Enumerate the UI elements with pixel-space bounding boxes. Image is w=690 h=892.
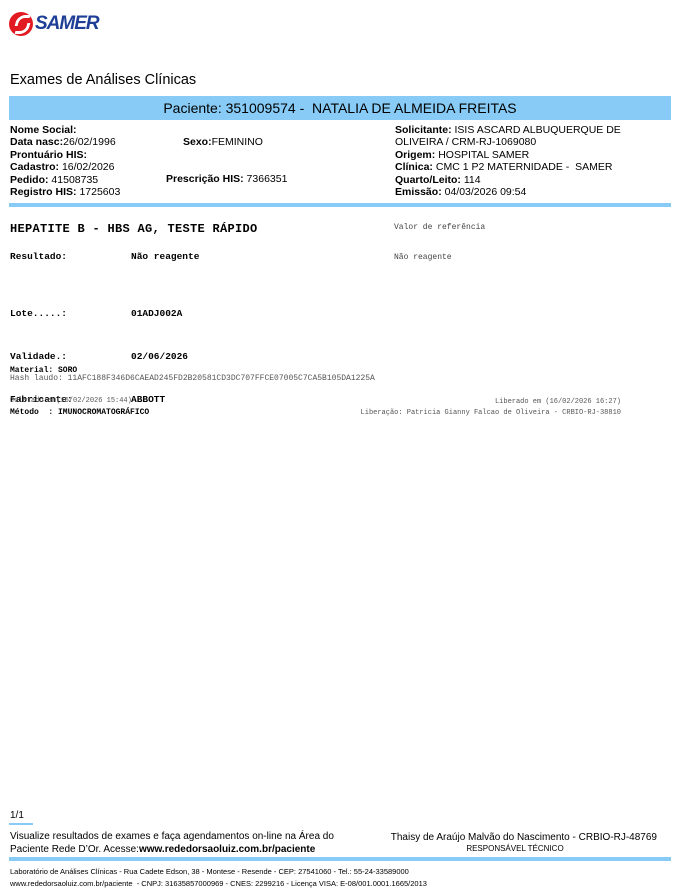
exam-title: HEPATITE B - HBS AG, TESTE RÁPIDO	[10, 222, 258, 236]
origem-value: HOSPITAL SAMER	[438, 149, 529, 161]
emissao-label: Emissão:	[395, 186, 442, 198]
report-title: Exames de Análises Clínicas	[10, 72, 196, 88]
registro-row: Registro HIS: 1725603	[10, 186, 120, 198]
patient-info-left: Nome Social: Data nasc:26/02/1996 Prontu…	[10, 124, 120, 198]
coletado-em: Coletado em(16/02/2026 15:44)	[10, 397, 132, 405]
reference-header: Valor de referência	[394, 223, 485, 232]
clinica-label: Clínica:	[395, 161, 433, 173]
solicitante-row: Solicitante: ISIS ASCARD ALBUQUERQUE DE …	[395, 124, 635, 149]
prescricao-value: 7366351	[247, 173, 288, 185]
patient-name: NATALIA DE ALMEIDA FREITAS	[312, 100, 517, 116]
cadastro-label: Cadastro:	[10, 161, 59, 173]
hash-laudo: Hash laudo: 11AFC188F346D6CAEAD245FD2B20…	[10, 374, 375, 383]
data-nasc-value: 26/02/1996	[63, 136, 116, 148]
responsible-title: RESPONSÁVEL TÉCNICO	[420, 844, 610, 853]
clinica-value: CMC 1 P2 MATERNIDADE - SAMER	[436, 161, 613, 173]
page-number: 1/1	[10, 810, 24, 821]
liberacao-signer: Liberação: Patricia Gianny Falcao de Oli…	[330, 408, 621, 419]
sexo-row: Sexo:FEMININO	[183, 136, 263, 148]
lote-label: Lote.....:	[10, 307, 73, 321]
patient-portal-link[interactable]: www.rededorsaoluiz.com.br/paciente	[139, 844, 315, 855]
origem-label: Origem:	[395, 149, 435, 161]
metodo-line: Método : IMUNOCROMATOGRÁFICO	[10, 406, 149, 420]
result-label: Resultado:	[10, 251, 67, 262]
pedido-value: 41508735	[51, 174, 98, 186]
nome-social-row: Nome Social:	[10, 124, 120, 136]
registro-label: Registro HIS:	[10, 186, 77, 198]
quarto-label: Quarto/Leito:	[395, 174, 461, 186]
quarto-row: Quarto/Leito: 114	[395, 174, 635, 186]
logo-text: SAMER	[35, 13, 99, 35]
data-nasc-row: Data nasc:26/02/1996	[10, 136, 120, 148]
emissao-row: Emissão: 04/03/2026 09:54	[395, 186, 635, 198]
patient-banner: Paciente: 351009574 - NATALIA DE ALMEIDA…	[9, 96, 671, 120]
origem-row: Origem: HOSPITAL SAMER	[395, 149, 635, 161]
solicitante-label: Solicitante:	[395, 124, 452, 136]
clinica-row: Clínica: CMC 1 P2 MATERNIDADE - SAMER	[395, 161, 635, 173]
prescricao-label: Prescrição HIS:	[166, 173, 244, 185]
cadastro-row: Cadastro: 16/02/2026	[10, 161, 120, 173]
address-line-1: Laboratório de Análises Clínicas - Rua C…	[10, 866, 427, 878]
data-nasc-label: Data nasc:	[10, 136, 63, 148]
responsible-name: Thaisy de Araújo Malvão do Nascimento - …	[380, 832, 657, 843]
samer-s-logo-icon	[9, 12, 33, 36]
prontuario-row: Prontuário HIS:	[10, 149, 120, 161]
result-value: Não reagente	[131, 251, 199, 262]
sexo-label: Sexo:	[183, 136, 212, 148]
header-divider	[9, 203, 671, 207]
patient-id: 351009574	[226, 100, 296, 116]
reference-value: Não reagente	[394, 253, 452, 262]
lab-address: Laboratório de Análises Clínicas - Rua C…	[10, 866, 427, 890]
footer-message: Visualize resultados de exames e faça ag…	[10, 831, 340, 856]
liberacao-block: Liberado em (16/02/2026 16:27) Liberação…	[330, 397, 621, 418]
nome-social-label: Nome Social:	[10, 124, 77, 136]
pedido-label: Pedido:	[10, 174, 49, 186]
registro-value: 1725603	[79, 186, 120, 198]
patient-info-right: Solicitante: ISIS ASCARD ALBUQUERQUE DE …	[395, 124, 635, 198]
quarto-value: 114	[464, 174, 481, 186]
pedido-row: Pedido: 41508735	[10, 174, 120, 186]
footer-divider	[9, 857, 671, 861]
sexo-value: FEMININO	[212, 136, 263, 148]
emissao-value: 04/03/2026 09:54	[445, 186, 527, 198]
page-number-underline	[9, 823, 33, 825]
liberado-em: Liberado em (16/02/2026 16:27)	[330, 397, 621, 408]
patient-label: Paciente:	[163, 100, 221, 116]
cadastro-value: 16/02/2026	[62, 161, 115, 173]
samer-logo: SAMER	[9, 12, 99, 36]
address-line-2: www.rededorsaoluiz.com.br/paciente - CNP…	[10, 878, 427, 890]
prescricao-row: Prescrição HIS: 7366351	[166, 173, 287, 185]
prontuario-label: Prontuário HIS:	[10, 149, 87, 161]
material-method: Material: SORO Método : IMUNOCROMATOGRÁF…	[10, 336, 149, 434]
lote-value: 01ADJ002A	[131, 307, 188, 321]
